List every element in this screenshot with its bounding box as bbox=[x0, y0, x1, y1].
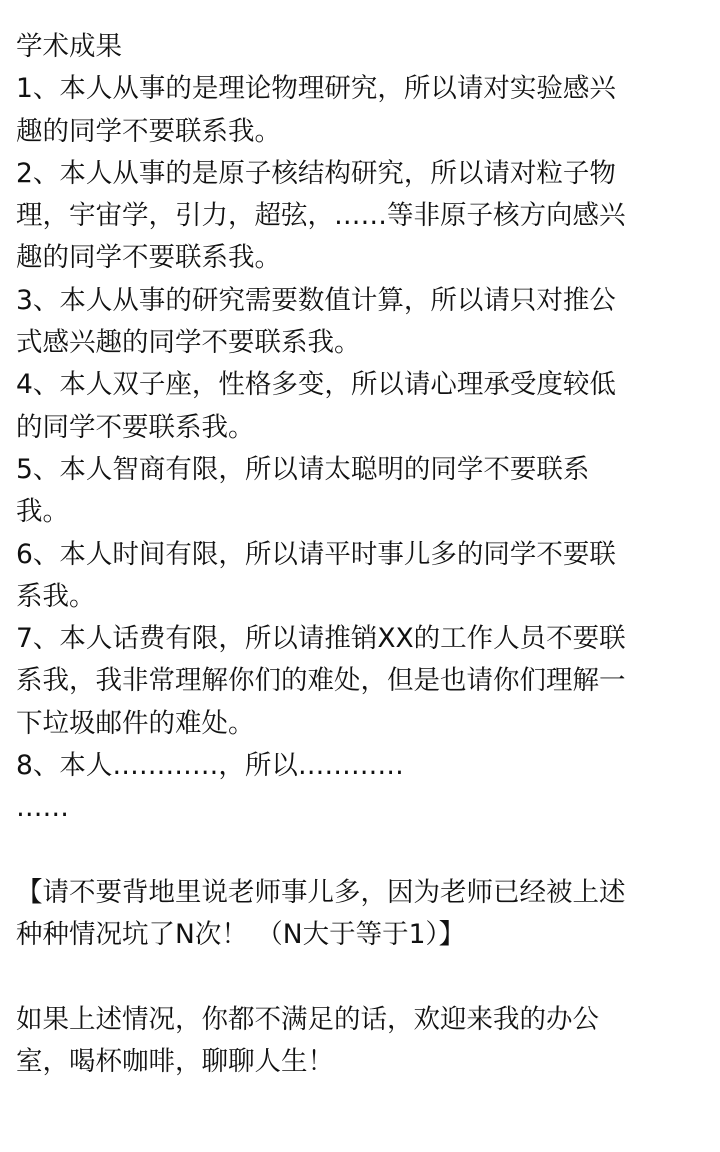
closing-line: 如果上述情况，你都不满足的话，欢迎来我的办公 bbox=[16, 999, 716, 1041]
list-item-line: 5、本人智商有限，所以请太聪明的同学不要联系 bbox=[16, 449, 716, 491]
list-item-8: 8、本人…………，所以………… bbox=[16, 745, 716, 787]
list-item-line: 系我，我非常理解你们的难处，但是也请你们理解一 bbox=[16, 660, 716, 702]
list-item-line: 式感兴趣的同学不要联系我。 bbox=[16, 322, 716, 364]
list-item-line: 系我。 bbox=[16, 576, 716, 618]
list-item-line: 6、本人时间有限，所以请平时事儿多的同学不要联 bbox=[16, 534, 716, 576]
list-item-4: 4、本人双子座，性格多变，所以请心理承受度较低 的同学不要联系我。 bbox=[16, 364, 716, 449]
section-title: 学术成果 bbox=[16, 26, 716, 68]
note-line: 种种情况坑了N次！ （N大于等于1）】 bbox=[16, 914, 716, 956]
list-item-line: 我。 bbox=[16, 491, 716, 533]
list-item-line: 7、本人话费有限，所以请推销XX的工作人员不要联 bbox=[16, 618, 716, 660]
spacer bbox=[16, 830, 716, 872]
list-item-line: 理，宇宙学，引力，超弦，……等非原子核方向感兴 bbox=[16, 195, 716, 237]
list-item-line: 1、本人从事的是理论物理研究，所以请对实验感兴 bbox=[16, 68, 716, 110]
list-item-line: 的同学不要联系我。 bbox=[16, 407, 716, 449]
list-item-line: 2、本人从事的是原子核结构研究，所以请对粒子物 bbox=[16, 153, 716, 195]
list-item-line: 下垃圾邮件的难处。 bbox=[16, 703, 716, 745]
list-item-7: 7、本人话费有限，所以请推销XX的工作人员不要联 系我，我非常理解你们的难处，但… bbox=[16, 618, 716, 745]
closing-line: 室，喝杯咖啡，聊聊人生！ bbox=[16, 1041, 716, 1083]
list-item-6: 6、本人时间有限，所以请平时事儿多的同学不要联 系我。 bbox=[16, 534, 716, 619]
list-item-line: 4、本人双子座，性格多变，所以请心理承受度较低 bbox=[16, 364, 716, 406]
list-item-5: 5、本人智商有限，所以请太聪明的同学不要联系 我。 bbox=[16, 449, 716, 534]
list-item-1: 1、本人从事的是理论物理研究，所以请对实验感兴 趣的同学不要联系我。 bbox=[16, 68, 716, 153]
closing-paragraph: 如果上述情况，你都不满足的话，欢迎来我的办公 室，喝杯咖啡，聊聊人生！ bbox=[16, 999, 716, 1084]
list-item-line: 8、本人…………，所以………… bbox=[16, 745, 716, 787]
list-item-line: 趣的同学不要联系我。 bbox=[16, 111, 716, 153]
list-item-2: 2、本人从事的是原子核结构研究，所以请对粒子物 理，宇宙学，引力，超弦，……等非… bbox=[16, 153, 716, 280]
document: 学术成果 1、本人从事的是理论物理研究，所以请对实验感兴 趣的同学不要联系我。 … bbox=[16, 26, 716, 1083]
note-line: 【请不要背地里说老师事儿多，因为老师已经被上述 bbox=[16, 872, 716, 914]
list-item-line: 趣的同学不要联系我。 bbox=[16, 237, 716, 279]
ellipsis: …… bbox=[16, 787, 716, 829]
spacer bbox=[16, 957, 716, 999]
list-item-3: 3、本人从事的研究需要数值计算，所以请只对推公 式感兴趣的同学不要联系我。 bbox=[16, 280, 716, 365]
list-item-line: 3、本人从事的研究需要数值计算，所以请只对推公 bbox=[16, 280, 716, 322]
note-paragraph: 【请不要背地里说老师事儿多，因为老师已经被上述 种种情况坑了N次！ （N大于等于… bbox=[16, 872, 716, 957]
